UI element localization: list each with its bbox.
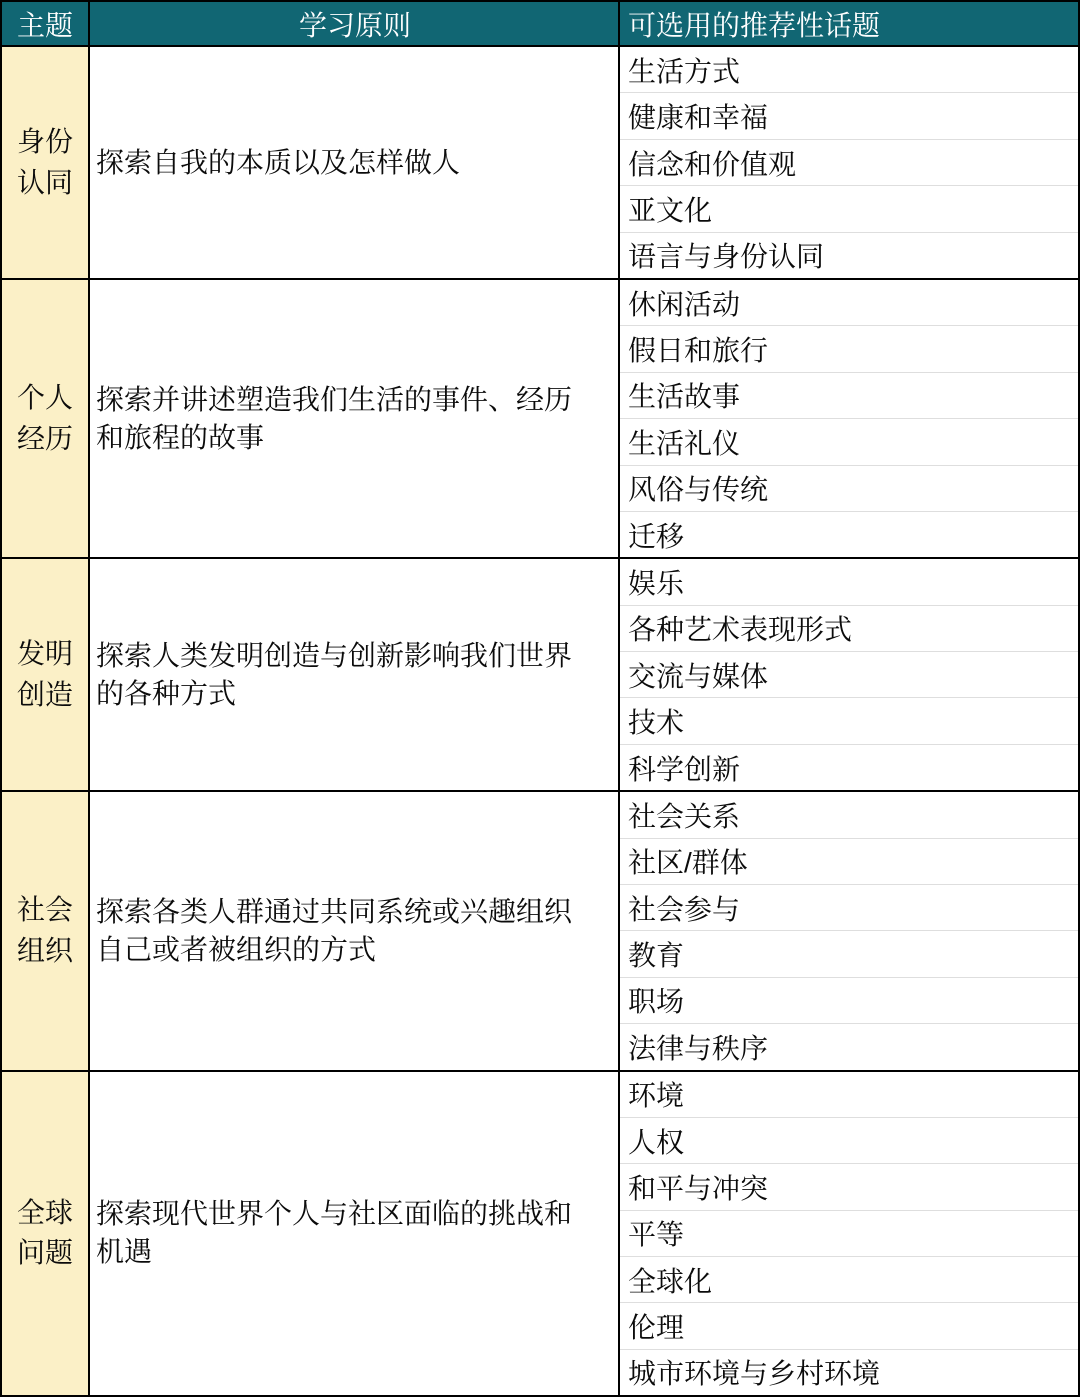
topics-cell: 环境人权和平与冲突平等全球化伦理城市环境与乡村环境 <box>620 1072 1078 1395</box>
topics-cell: 娱乐各种艺术表现形式交流与媒体技术科学创新 <box>620 559 1078 790</box>
topic-item: 平等 <box>620 1211 1078 1257</box>
topic-item: 和平与冲突 <box>620 1164 1078 1210</box>
table-body: 身份 认同探索自我的本质以及怎样做人生活方式健康和幸福信念和价值观亚文化语言与身… <box>2 47 1078 1395</box>
topic-item: 交流与媒体 <box>620 652 1078 698</box>
theme-cell: 身份 认同 <box>2 47 90 278</box>
topic-item: 技术 <box>620 698 1078 744</box>
topic-item: 职场 <box>620 978 1078 1024</box>
theme-cell: 全球 问题 <box>2 1072 90 1395</box>
topic-item: 风俗与传统 <box>620 466 1078 512</box>
topic-item: 社区/群体 <box>620 839 1078 885</box>
topic-item: 休闲活动 <box>620 280 1078 326</box>
topic-item: 全球化 <box>620 1257 1078 1303</box>
topic-item: 生活方式 <box>620 47 1078 93</box>
topic-item: 语言与身份认同 <box>620 233 1078 278</box>
topic-item: 健康和幸福 <box>620 93 1078 139</box>
principle-cell: 探索人类发明创造与创新影响我们世界 的各种方式 <box>90 559 620 790</box>
topic-item: 假日和旅行 <box>620 326 1078 372</box>
header-cell-theme: 主题 <box>2 2 90 45</box>
topic-item: 各种艺术表现形式 <box>620 606 1078 652</box>
topic-item: 娱乐 <box>620 559 1078 605</box>
topic-item: 生活礼仪 <box>620 419 1078 465</box>
topic-item: 城市环境与乡村环境 <box>620 1350 1078 1395</box>
topic-item: 环境 <box>620 1072 1078 1118</box>
topics-cell: 生活方式健康和幸福信念和价值观亚文化语言与身份认同 <box>620 47 1078 278</box>
header-cell-topics: 可选用的推荐性话题 <box>620 2 1078 45</box>
principle-cell: 探索现代世界个人与社区面临的挑战和 机遇 <box>90 1072 620 1395</box>
topics-cell: 休闲活动假日和旅行生活故事生活礼仪风俗与传统迁移 <box>620 280 1078 557</box>
themes-table: 主题 学习原则 可选用的推荐性话题 身份 认同探索自我的本质以及怎样做人生活方式… <box>0 0 1080 1397</box>
table-row: 身份 认同探索自我的本质以及怎样做人生活方式健康和幸福信念和价值观亚文化语言与身… <box>2 47 1078 280</box>
principle-cell: 探索并讲述塑造我们生活的事件、经历 和旅程的故事 <box>90 280 620 557</box>
theme-cell: 社会 组织 <box>2 792 90 1069</box>
topic-item: 伦理 <box>620 1303 1078 1349</box>
topic-item: 亚文化 <box>620 186 1078 232</box>
topics-cell: 社会关系社区/群体社会参与教育职场法律与秩序 <box>620 792 1078 1069</box>
topic-item: 社会参与 <box>620 885 1078 931</box>
topic-item: 生活故事 <box>620 373 1078 419</box>
table-row: 社会 组织探索各类人群通过共同系统或兴趣组织 自己或者被组织的方式社会关系社区/… <box>2 792 1078 1071</box>
table-row: 全球 问题探索现代世界个人与社区面临的挑战和 机遇环境人权和平与冲突平等全球化伦… <box>2 1072 1078 1395</box>
header-cell-principle: 学习原则 <box>90 2 620 45</box>
principle-cell: 探索自我的本质以及怎样做人 <box>90 47 620 278</box>
topic-item: 人权 <box>620 1118 1078 1164</box>
topic-item: 迁移 <box>620 512 1078 557</box>
theme-cell: 个人 经历 <box>2 280 90 557</box>
topic-item: 社会关系 <box>620 792 1078 838</box>
table-row: 个人 经历探索并讲述塑造我们生活的事件、经历 和旅程的故事休闲活动假日和旅行生活… <box>2 280 1078 559</box>
topic-item: 信念和价值观 <box>620 140 1078 186</box>
table-header-row: 主题 学习原则 可选用的推荐性话题 <box>2 2 1078 47</box>
theme-cell: 发明 创造 <box>2 559 90 790</box>
principle-cell: 探索各类人群通过共同系统或兴趣组织 自己或者被组织的方式 <box>90 792 620 1069</box>
topic-item: 教育 <box>620 931 1078 977</box>
topic-item: 法律与秩序 <box>620 1024 1078 1069</box>
table-row: 发明 创造探索人类发明创造与创新影响我们世界 的各种方式娱乐各种艺术表现形式交流… <box>2 559 1078 792</box>
topic-item: 科学创新 <box>620 745 1078 790</box>
